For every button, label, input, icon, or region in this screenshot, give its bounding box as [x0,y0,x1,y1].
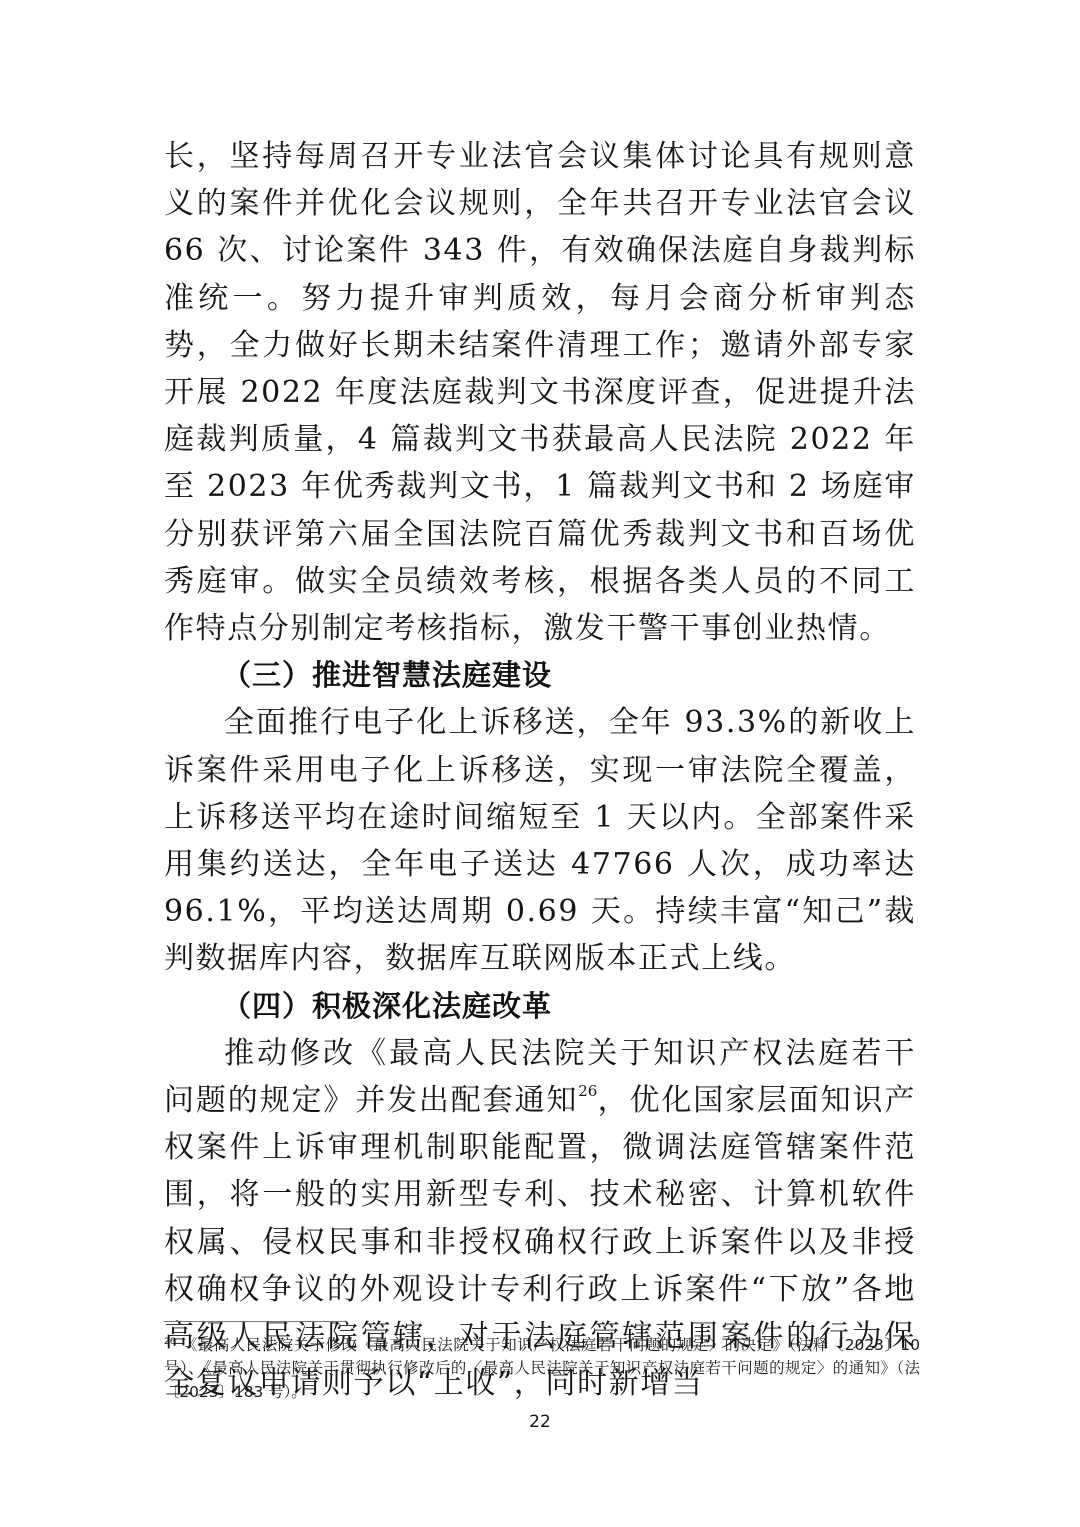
paragraph-smart-court: 全面推行电子化上诉移送，全年 93.3%的新收上诉案件采用电子化上诉移送，实现一… [164,699,916,982]
footnote-reference-link[interactable]: 26 [578,1082,597,1100]
document-page: 长，坚持每周召开专业法官会议集体讨论具有规则意义的案件并优化会议规则，全年共召开… [0,0,1080,1527]
section-heading-3: （三）推进智慧法庭建设 [164,652,916,699]
page-number: 22 [0,1412,1080,1432]
footnote-item: 26《最高人民法院关于修改〈最高人民法院关于知识产权法庭若干问题的规定〉的决定》… [164,1334,920,1404]
paragraph-continuation: 长，坚持每周召开专业法官会议集体讨论具有规则意义的案件并优化会议规则，全年共召开… [164,133,916,652]
body-text: 长，坚持每周召开专业法官会议集体讨论具有规则意义的案件并优化会议规则，全年共召开… [164,133,916,1407]
footnote-number: 26 [164,1337,175,1347]
section-heading-4: （四）积极深化法庭改革 [164,983,916,1030]
footnote-text: 《最高人民法院关于修改〈最高人民法院关于知识产权法庭若干问题的规定〉的决定》（法… [164,1336,920,1401]
footnote-divider [164,1321,346,1322]
footnote-area: 26《最高人民法院关于修改〈最高人民法院关于知识产权法庭若干问题的规定〉的决定》… [164,1334,920,1404]
